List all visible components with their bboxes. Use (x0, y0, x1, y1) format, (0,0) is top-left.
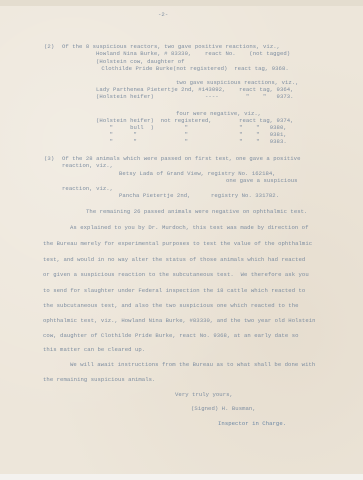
body-line: to send for slaughter under Federal insp… (43, 287, 305, 294)
page-top-edge (0, 0, 363, 6)
item3-line: reaction, viz., (62, 162, 113, 169)
item3-line: Betsy Lada of Grand View, registry No. 1… (119, 170, 276, 177)
item2-negative-line: " " " " " 9381, (96, 131, 287, 138)
item2-negative-intro: four were negative, viz., (176, 110, 261, 117)
item3-number: (3) (44, 155, 54, 162)
letter-page: -2- (2) Of the 8 suspicious reactors, tw… (0, 0, 363, 474)
item2-suspicious-line: Lady Parthenea Pietertje 2nd, #143092, r… (96, 86, 294, 93)
item3-line: Of the 28 animals which were passed on f… (62, 155, 300, 162)
body-line: the subcutaneous test, and also the two … (43, 302, 299, 309)
item2-suspicious-intro: two gave suspicious reactions, viz., (176, 79, 299, 86)
item3-line: one gave a suspicious (226, 177, 298, 184)
item3-line: Pancha Pietertje 2nd, registry No. 33178… (119, 192, 279, 199)
item3-line: reaction, viz., (62, 185, 113, 192)
item2-intro: Of the 8 suspicious reactors, two gave p… (62, 43, 280, 50)
body-line: this matter can be cleared up. (43, 346, 145, 353)
item2-positive-line: (Holstein cow, daughter of (96, 58, 185, 65)
body-line: ophthalmic test, viz., Howland Nina Burk… (43, 317, 316, 324)
item2-number: (2) (44, 43, 54, 50)
body-line: We will await instructions from the Bure… (70, 361, 315, 368)
page-number: -2- (158, 11, 168, 18)
item2-negative-line: " " " " " 9383. (96, 138, 287, 145)
body-line: the Bureau merely for experimental purpo… (43, 240, 312, 247)
body-line: The remaining 26 passed animals were neg… (86, 208, 307, 215)
item2-positive-line: Clothilde Pride Burke(not registered) re… (98, 65, 289, 72)
body-line: cow, daughter of Clothilde Pride Burke, … (43, 332, 299, 339)
item2-negative-line: (Holstein heifer) not registered, react … (96, 117, 294, 124)
closing-salutation: Very truly yours, (175, 391, 233, 398)
page-bottom-edge (0, 474, 363, 480)
body-line: As explained to you by Dr. Murdoch, this… (70, 224, 308, 231)
closing-title: Inspector in Charge. (218, 420, 286, 427)
body-line: test, and would in no way alter the stat… (43, 256, 305, 263)
body-line: the remaining suspicious animals. (43, 376, 155, 383)
item2-negative-line: " bull ) " " " 9380, (96, 124, 287, 131)
item2-suspicious-line: (Holstein heifer) ---- " " 9373. (96, 93, 294, 100)
item2-positive-line: Howland Nina Burke, # 83330, react No. (… (96, 50, 290, 57)
closing-signature: (Signed) H. Busman, (191, 405, 256, 412)
body-line: or given a suspicious reaction to the su… (43, 271, 309, 278)
